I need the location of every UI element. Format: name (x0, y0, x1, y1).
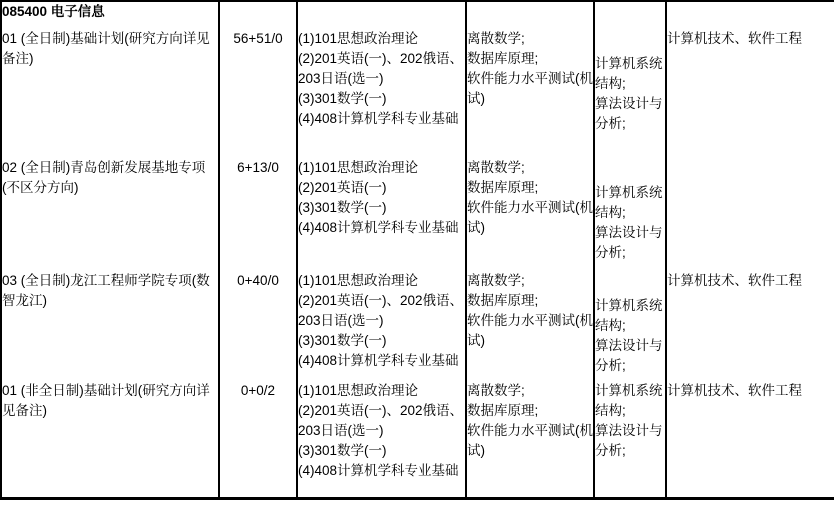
direction-row: 01 (非全日制)基础计划(研究方向详见备注) 0+0/2 (1)101思想政治… (1, 381, 834, 498)
empty-cell (466, 1, 594, 29)
related-majors-cell: 计算机技术、软件工程 (666, 381, 834, 498)
retest-subjects-cell: 计算机系统结构; 算法设计与分析; (594, 381, 666, 498)
empty-cell (297, 1, 466, 29)
direction-cell: 01 (非全日制)基础计划(研究方向详见备注) (1, 381, 219, 498)
retest-subjects-cell: 计算机系统结构; 算法设计与分析; (594, 29, 666, 158)
additional-tests-cell: 离散数学; 数据库原理; 软件能力水平测试(机试) (466, 271, 594, 381)
quota-cell: 0+0/2 (219, 381, 297, 498)
empty-cell (219, 1, 297, 29)
direction-cell: 02 (全日制)青岛创新发展基地专项(不区分方向) (1, 158, 219, 271)
additional-tests-cell: 离散数学; 数据库原理; 软件能力水平测试(机试) (466, 381, 594, 498)
direction-cell: 01 (全日制)基础计划(研究方向详见备注) (1, 29, 219, 158)
additional-tests-cell: 离散数学; 数据库原理; 软件能力水平测试(机试) (466, 29, 594, 158)
direction-row: 01 (全日制)基础计划(研究方向详见备注) 56+51/0 (1)101思想政… (1, 29, 834, 158)
quota-cell: 56+51/0 (219, 29, 297, 158)
exam-subjects-cell: (1)101思想政治理论 (2)201英语(一) (3)301数学(一) (4)… (297, 158, 466, 271)
exam-subjects-cell: (1)101思想政治理论 (2)201英语(一)、202俄语、203日语(选一)… (297, 29, 466, 158)
exam-subjects-cell: (1)101思想政治理论 (2)201英语(一)、202俄语、203日语(选一)… (297, 381, 466, 498)
empty-cell (594, 1, 666, 29)
related-majors-cell (666, 158, 834, 271)
additional-tests-cell: 离散数学; 数据库原理; 软件能力水平测试(机试) (466, 158, 594, 271)
direction-row: 03 (全日制)龙江工程师学院专项(数智龙江) 0+40/0 (1)101思想政… (1, 271, 834, 381)
program-header-row: 085400 电子信息 (1, 1, 834, 29)
admissions-catalog-table: 085400 电子信息 01 (全日制)基础计划(研究方向详见备注) 56+51… (0, 0, 834, 500)
retest-subjects-cell: 计算机系统结构; 算法设计与分析; (594, 158, 666, 271)
related-majors-cell: 计算机技术、软件工程 (666, 29, 834, 158)
quota-cell: 6+13/0 (219, 158, 297, 271)
empty-cell (666, 1, 834, 29)
exam-subjects-cell: (1)101思想政治理论 (2)201英语(一)、202俄语、203日语(选一)… (297, 271, 466, 381)
program-header: 085400 电子信息 (1, 1, 219, 29)
admissions-catalog-screen: 085400 电子信息 01 (全日制)基础计划(研究方向详见备注) 56+51… (0, 0, 834, 509)
direction-row: 02 (全日制)青岛创新发展基地专项(不区分方向) 6+13/0 (1)101思… (1, 158, 834, 271)
retest-subjects-cell: 计算机系统结构; 算法设计与分析; (594, 271, 666, 381)
quota-cell: 0+40/0 (219, 271, 297, 381)
related-majors-cell: 计算机技术、软件工程 (666, 271, 834, 381)
direction-cell: 03 (全日制)龙江工程师学院专项(数智龙江) (1, 271, 219, 381)
